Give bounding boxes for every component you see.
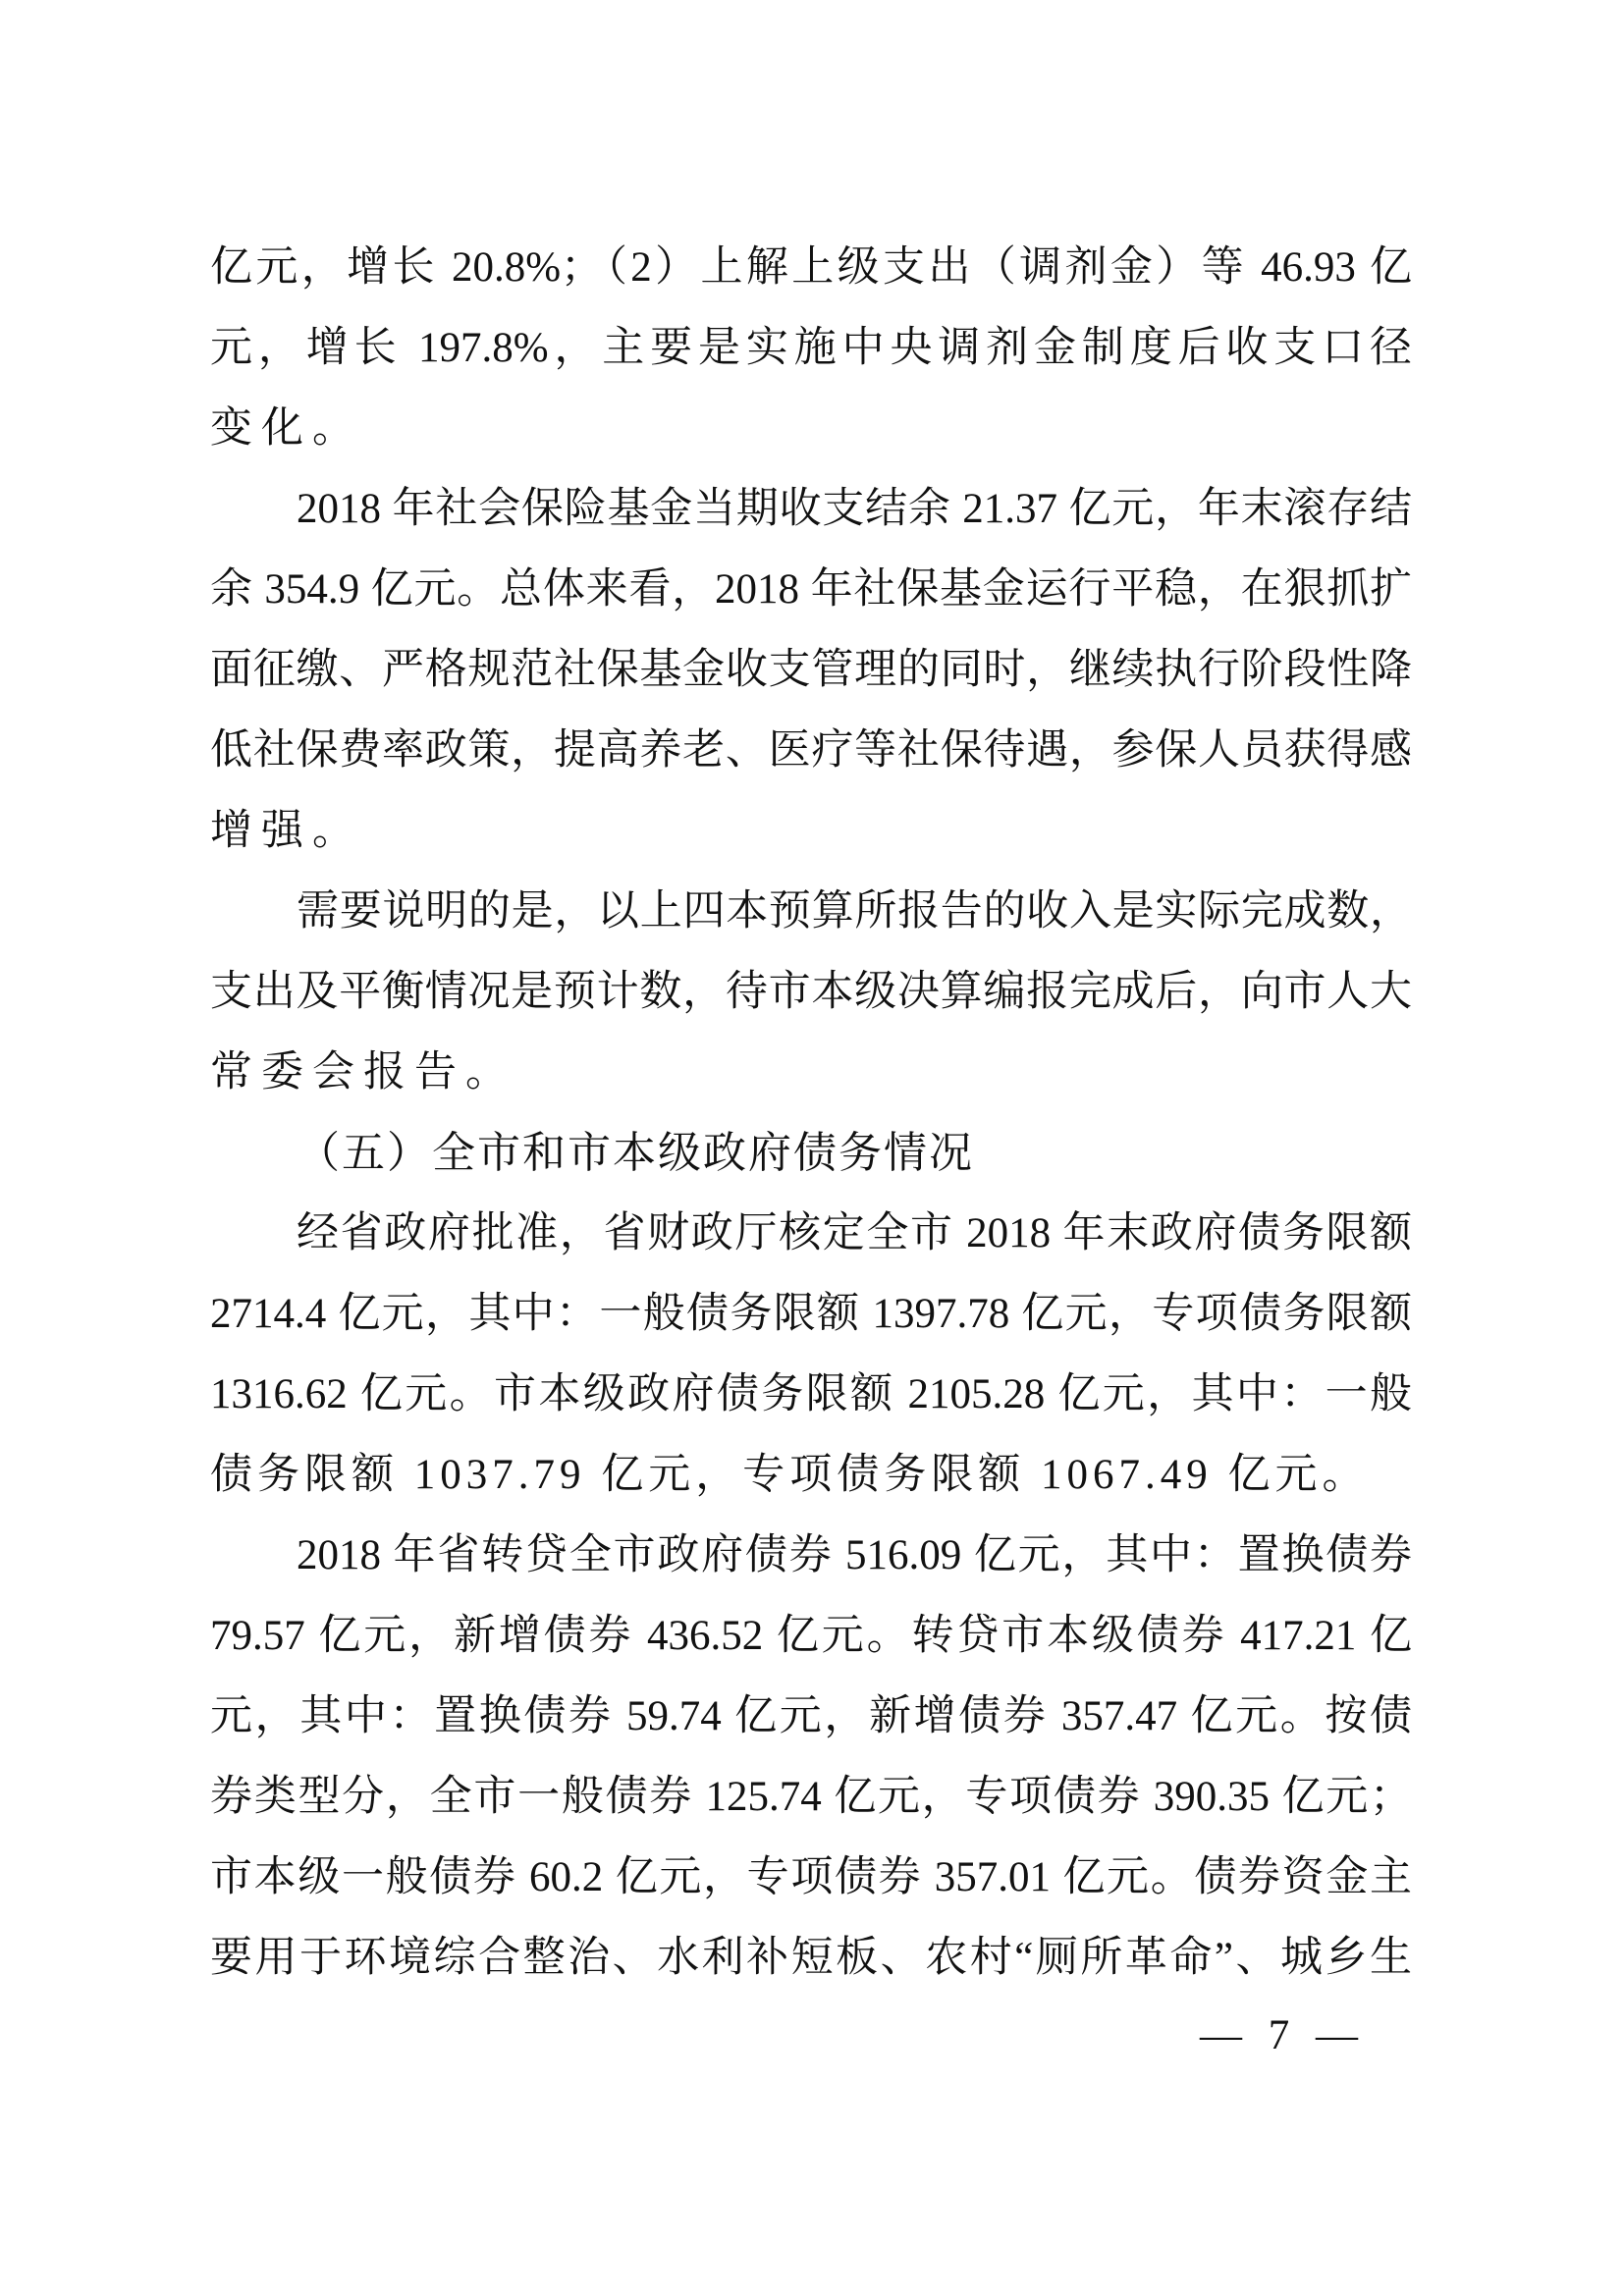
text-line: 债务限额 1037.79 亿元，专项债务限额 1067.49 亿元。 (210, 1435, 1412, 1516)
page-number: — 7 — (1200, 1996, 1366, 2076)
section-heading: （五）全市和市本级政府债务情况 (210, 1113, 1412, 1194)
text-line: 余 354.9 亿元。总体来看，2018 年社保基金运行平稳，在狠抓扩 (210, 550, 1412, 630)
text-line: 券类型分，全市一般债券 125.74 亿元，专项债券 390.35 亿元； (210, 1757, 1412, 1838)
text-line: 亿元，增长 20.8%；（2）上解上级支出（调剂金）等 46.93 亿 (210, 228, 1412, 308)
text-line: 面征缴、严格规范社保基金收支管理的同时，继续执行阶段性降 (210, 630, 1412, 711)
text-line: 增强。 (210, 791, 1412, 872)
text-line: 2018 年社会保险基金当期收支结余 21.37 亿元，年末滚存结 (210, 469, 1412, 550)
text-line: 2018 年省转贷全市政府债券 516.09 亿元，其中：置换债券 (210, 1516, 1412, 1596)
text-line: 支出及平衡情况是预计数，待市本级决算编报完成后，向市人大 (210, 952, 1412, 1033)
text-line: 1316.62 亿元。市本级政府债务限额 2105.28 亿元，其中：一般 (210, 1355, 1412, 1435)
text-line: 79.57 亿元，新增债券 436.52 亿元。转贷市本级债券 417.21 亿 (210, 1596, 1412, 1677)
text-line: 2714.4 亿元，其中：一般债务限额 1397.78 亿元，专项债务限额 (210, 1274, 1412, 1355)
text-line: 要用于环境综合整治、水利补短板、农村“厕所革命”、城乡生 (210, 1918, 1412, 1999)
text-line: 常委会报告。 (210, 1033, 1412, 1113)
document-page: 亿元，增长 20.8%；（2）上解上级支出（调剂金）等 46.93 亿 元，增长… (0, 0, 1623, 2296)
text-line: 市本级一般债券 60.2 亿元，专项债券 357.01 亿元。债券资金主 (210, 1838, 1412, 1918)
text-line: 元，其中：置换债券 59.74 亿元，新增债券 357.47 亿元。按债 (210, 1677, 1412, 1757)
text-line: 元，增长 197.8%，主要是实施中央调剂金制度后收支口径 (210, 308, 1412, 389)
text-line: 经省政府批准，省财政厅核定全市 2018 年末政府债务限额 (210, 1194, 1412, 1274)
text-block: 亿元，增长 20.8%；（2）上解上级支出（调剂金）等 46.93 亿 元，增长… (210, 228, 1412, 1999)
text-line: 变化。 (210, 389, 1412, 469)
text-line: 低社保费率政策，提高养老、医疗等社保待遇，参保人员获得感 (210, 711, 1412, 791)
text-line: 需要说明的是，以上四本预算所报告的收入是实际完成数， (210, 872, 1412, 952)
